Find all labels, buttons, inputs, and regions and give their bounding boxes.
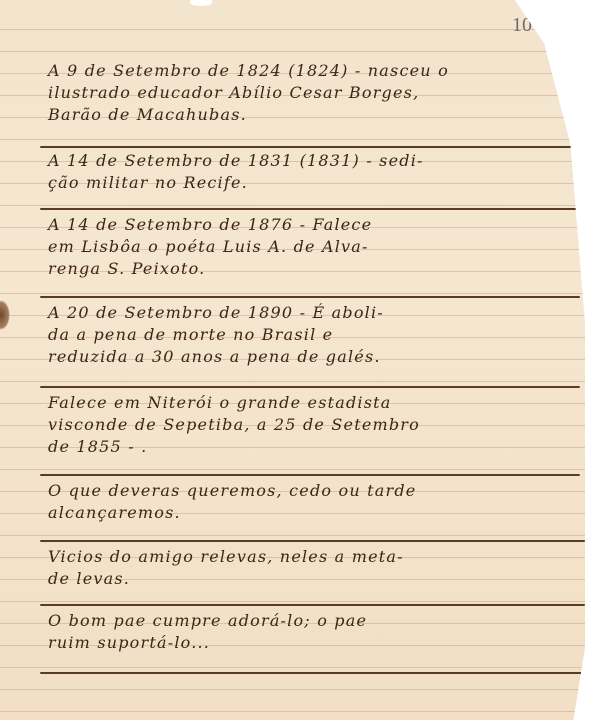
entry-line: Vicios do amigo relevas, neles a meta-	[48, 546, 568, 568]
divider-rule	[40, 474, 580, 476]
entry-line: ilustrado educador Abílio Cesar Borges,	[48, 82, 568, 104]
divider-rule	[40, 540, 585, 542]
entry-line: alcançaremos.	[48, 502, 568, 524]
divider-rule	[40, 296, 580, 298]
divider-rule	[40, 208, 585, 210]
entry-line: A 20 de Setembro de 1890 - É aboli-	[48, 302, 568, 324]
entry-line: O que deveras queremos, cedo ou tarde	[48, 480, 568, 502]
entry-5: Falece em Niterói o grande estadista vis…	[48, 392, 568, 458]
entry-line: O bom pae cumpre adorá-lo; o pae	[48, 610, 568, 632]
entry-line: A 14 de Setembro de 1831 (1831) - sedi-	[48, 150, 568, 172]
divider-rule	[40, 146, 585, 148]
paper-tear	[190, 0, 212, 6]
entry-3: A 14 de Setembro de 1876 - Falece em Lis…	[48, 214, 568, 280]
entry-line: de 1855 - .	[48, 436, 568, 458]
ink-stain	[0, 300, 10, 330]
entry-2: A 14 de Setembro de 1831 (1831) - sedi- …	[48, 150, 568, 194]
entry-line: da a pena de morte no Brasil e	[48, 324, 568, 346]
entry-8: O bom pae cumpre adorá-lo; o pae ruim su…	[48, 610, 568, 654]
entry-line: renga S. Peixoto.	[48, 258, 568, 280]
entry-4: A 20 de Setembro de 1890 - É aboli- da a…	[48, 302, 568, 368]
entry-line: ção militar no Recife.	[48, 172, 568, 194]
entry-line: Falece em Niterói o grande estadista	[48, 392, 568, 414]
entry-line: reduzida a 30 anos a pena de galés.	[48, 346, 568, 368]
entry-line: de levas.	[48, 568, 568, 590]
entry-line: em Lisbôa o poéta Luis A. de Alva-	[48, 236, 568, 258]
entry-line: ruim suportá-lo...	[48, 632, 568, 654]
page-number: 10	[512, 14, 532, 37]
entry-line: A 9 de Setembro de 1824 (1824) - nasceu …	[48, 60, 568, 82]
divider-rule	[40, 604, 585, 606]
entry-1: A 9 de Setembro de 1824 (1824) - nasceu …	[48, 60, 568, 126]
entry-line: visconde de Sepetiba, a 25 de Setembro	[48, 414, 568, 436]
entry-6: O que deveras queremos, cedo ou tarde al…	[48, 480, 568, 524]
divider-rule	[40, 386, 580, 388]
entry-7: Vicios do amigo relevas, neles a meta- d…	[48, 546, 568, 590]
entry-line: Barão de Macahubas.	[48, 104, 568, 126]
entry-line: A 14 de Setembro de 1876 - Falece	[48, 214, 568, 236]
divider-rule	[40, 672, 585, 674]
notebook-page: 10 A 9 de Setembro de 1824 (1824) - nasc…	[0, 0, 585, 720]
